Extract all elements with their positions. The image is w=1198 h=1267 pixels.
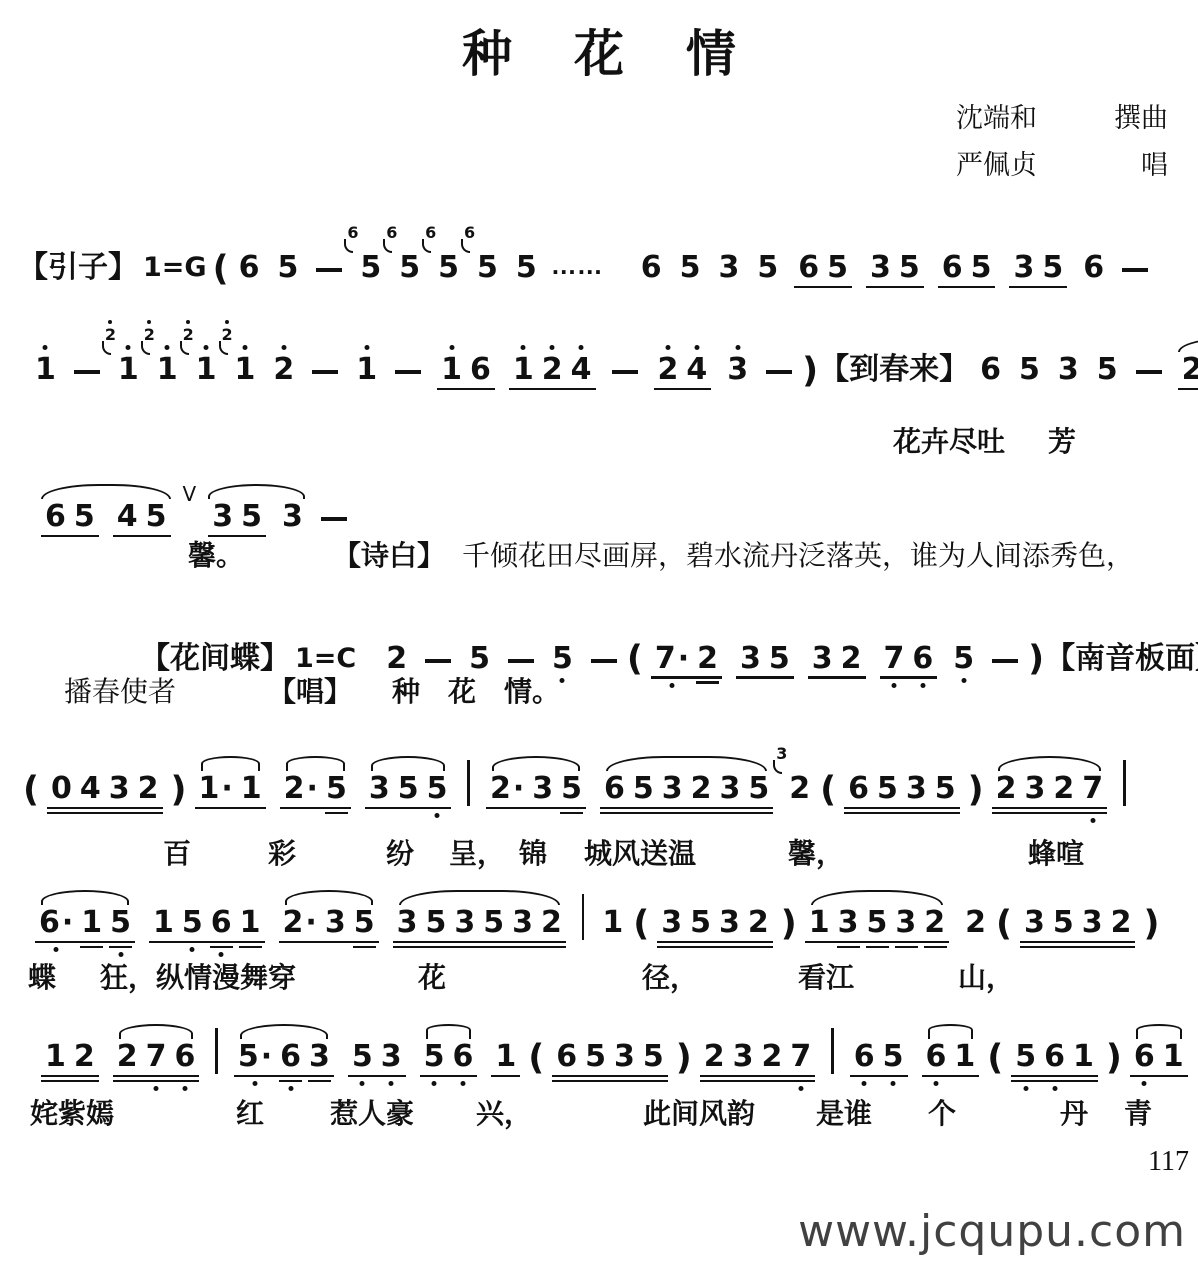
music-line-3: 6545V353 <box>34 482 356 534</box>
note: 6 <box>844 771 873 806</box>
beam-line <box>992 807 1108 810</box>
beam-line <box>35 941 135 944</box>
lyric-segment: 此间风韵 <box>643 1092 755 1132</box>
grace-hook <box>102 341 111 355</box>
beam-group-slurred: 1·1 <box>194 771 267 806</box>
note: 5 <box>1049 905 1078 940</box>
grace-octave-dot <box>108 320 112 324</box>
note: 6 <box>922 1039 951 1074</box>
note: 4 <box>76 771 105 806</box>
beam-group: 0432 <box>46 771 164 806</box>
augmentation-dot: · <box>678 641 689 676</box>
octave-dot-below <box>891 683 896 688</box>
beam-group-slurred: 13532 <box>804 905 950 940</box>
octave-dot-above <box>364 345 369 350</box>
note: 12 <box>231 352 260 387</box>
grace-octave-dot <box>147 320 151 324</box>
note: 1 <box>352 352 381 387</box>
beam-group-slurred: 2·35 <box>278 905 380 940</box>
note: 56 <box>356 250 385 285</box>
lyric-segment: 芳 <box>1048 420 1076 460</box>
duration-dash <box>312 370 338 374</box>
note: 5 <box>639 1039 668 1074</box>
barline <box>215 1028 218 1074</box>
beam-group: 65 <box>793 250 853 285</box>
note: 2 <box>134 771 163 806</box>
sub-beam-line <box>210 946 233 949</box>
lyric-segment: 彩 <box>268 832 296 872</box>
beam-line <box>866 286 924 289</box>
note: 5 <box>753 250 782 285</box>
note: 23 <box>785 771 814 806</box>
grace-note: 6 <box>425 225 436 241</box>
note: 7 <box>880 641 909 676</box>
beam-group-slurred: 2327 <box>991 771 1109 806</box>
note: 5 <box>557 771 586 806</box>
beam-group-slurred: 61 <box>921 1039 981 1074</box>
paren: ( <box>23 775 39 807</box>
note: 12 <box>192 352 221 387</box>
augmentation-dot: · <box>307 771 318 806</box>
note: 6 <box>276 1039 305 1074</box>
beam-line <box>486 807 586 810</box>
octave-dot-below <box>891 1081 896 1086</box>
lyric-segment: 花卉尽吐 <box>893 420 1005 460</box>
beam-group: 65 <box>937 250 997 285</box>
note: 5 <box>106 905 135 940</box>
beam-line <box>700 1080 816 1083</box>
octave-dot-below <box>182 1086 187 1091</box>
music-line-5: (0432)1·12·53552·3565323523(6535)2327 <box>22 760 1135 806</box>
beam-line <box>509 388 596 391</box>
beam-line <box>437 388 495 391</box>
beam-line <box>1020 941 1136 944</box>
beam-line <box>113 1080 200 1083</box>
paren: ) <box>781 909 797 941</box>
note: 2· <box>279 905 321 940</box>
beam-line <box>1011 1080 1098 1083</box>
credits-block: 沈端和 撰曲 严佩贞 唱 <box>956 96 1168 190</box>
octave-dot-above <box>204 345 209 350</box>
note: 1 <box>149 905 178 940</box>
note: 2 <box>700 1039 729 1074</box>
note: 6 <box>171 1039 200 1074</box>
lyric-segment: 山， <box>958 956 1014 996</box>
beam-group: 76 <box>879 641 939 676</box>
note: 3 <box>658 771 687 806</box>
note: 2 <box>537 905 566 940</box>
beam-group: 45 <box>112 499 172 534</box>
duration-dash <box>1136 370 1162 374</box>
sub-beam-line <box>109 946 132 949</box>
augmentation-dot: · <box>261 1039 272 1074</box>
note: 3 <box>508 905 537 940</box>
octave-dot-below <box>360 1081 365 1086</box>
note: 56 <box>473 250 502 285</box>
singer-role: 唱 <box>1141 143 1168 182</box>
note: 4 <box>113 499 142 534</box>
beam-line <box>420 1075 478 1078</box>
note: 5 <box>70 499 99 534</box>
paren: ( <box>627 644 643 676</box>
octave-dot-below <box>920 683 925 688</box>
sheet-music-page: 种 花 情 沈端和 撰曲 严佩贞 唱 117 www.jcqupu.com 【引… <box>0 0 1198 1267</box>
paren: ( <box>528 1043 544 1075</box>
octave-dot-above <box>449 345 454 350</box>
note: 7 <box>786 1039 815 1074</box>
note: 5 <box>629 771 658 806</box>
octave-dot-above <box>694 345 699 350</box>
lyric-segment: 【诗白】 <box>333 534 445 574</box>
barline <box>1123 760 1126 806</box>
note: 6 <box>938 250 967 285</box>
beam-group-slurred: 2·5 <box>279 771 352 806</box>
lyric-segment: 【唱】 <box>268 670 352 710</box>
beam-line <box>41 1075 99 1078</box>
beam-group-slurred: 276 <box>112 1039 201 1074</box>
octave-dot-below <box>389 1081 394 1086</box>
beam-group: 6535 <box>843 771 961 806</box>
section-label: 【到春来】 <box>819 353 969 386</box>
beam-line <box>149 941 265 944</box>
note: 5 <box>873 771 902 806</box>
sub-beam-line <box>239 946 262 949</box>
octave-dot-below <box>460 1081 465 1086</box>
music-line-1: 【引子】1=G(65565656565……6535653565356 <box>18 250 1157 285</box>
note: 3 <box>105 771 134 806</box>
lyric-segment: 百 <box>163 832 191 872</box>
duration-dash <box>425 659 451 663</box>
paren: ) <box>802 356 818 388</box>
note: 1· <box>195 771 237 806</box>
note: 1 <box>598 905 627 940</box>
song-title: 种 花 情 <box>0 14 1198 86</box>
lyric-segment: 种 花 情。 <box>392 670 560 710</box>
sub-beam-line <box>325 812 348 815</box>
paren: ( <box>213 254 229 286</box>
grace-hook <box>773 760 782 774</box>
note: 6 <box>1079 250 1108 285</box>
beam-group: 35 <box>207 499 267 534</box>
paren: ( <box>996 909 1012 941</box>
octave-dot-below <box>435 813 440 818</box>
note: 0 <box>47 771 76 806</box>
grace-note: 6 <box>464 225 475 241</box>
note: 6 <box>466 352 495 387</box>
note: 5 <box>1015 352 1044 387</box>
beam-line <box>808 676 866 679</box>
grace-note: 6 <box>347 225 358 241</box>
beam-line <box>651 676 722 679</box>
octave-dot-below <box>288 1086 293 1091</box>
lyric-segment: 蜂喧 <box>1028 832 1084 872</box>
lyric-segment: 纷 <box>386 832 414 872</box>
octave-dot-below <box>862 1081 867 1086</box>
note: 7 <box>1078 771 1107 806</box>
octave-dot-below <box>1142 1081 1147 1086</box>
note: 5 <box>178 905 207 940</box>
beam-line <box>279 941 379 944</box>
note: 3 <box>1020 905 1049 940</box>
lyric-segment: 锦 <box>519 832 547 872</box>
note: 6 <box>41 499 70 534</box>
beam-group: 35 <box>735 641 795 676</box>
beam-line <box>113 535 171 538</box>
sub-beam-line <box>696 681 719 684</box>
page-number: 117 <box>1148 1146 1189 1178</box>
lyric-segment: 花 <box>418 956 446 996</box>
slur-group: 353 <box>201 499 312 534</box>
lyric-segment: 城风送温 <box>584 832 696 872</box>
note: 3 <box>902 771 931 806</box>
beam-group: 561 <box>1010 1039 1099 1074</box>
note: 1 <box>236 905 265 940</box>
section-label: 【引子】 <box>18 251 138 284</box>
note: 6 <box>794 250 823 285</box>
note: 2 <box>693 641 722 676</box>
note: 1 <box>805 905 834 940</box>
octave-dot-below <box>54 947 59 952</box>
note: 3 <box>305 1039 334 1074</box>
beam-line <box>1009 286 1067 289</box>
composer-role: 撰曲 <box>1114 96 1168 135</box>
paren: ) <box>676 1043 692 1075</box>
note: 6 <box>552 1039 581 1074</box>
note: 2 <box>654 352 683 387</box>
note: 3 <box>736 641 765 676</box>
beam-group: 35 <box>865 250 925 285</box>
sub-beam-line <box>837 946 860 949</box>
note: 3 <box>1020 771 1049 806</box>
note: 12 <box>114 352 143 387</box>
note: 5 <box>273 250 302 285</box>
beam-line <box>1020 946 1136 949</box>
sub-beam-line <box>560 812 583 815</box>
note: 3 <box>834 905 863 940</box>
beam-line <box>657 941 773 944</box>
beam-line <box>880 676 938 679</box>
beam-group: 7·2 <box>650 641 723 676</box>
beam-line <box>844 812 960 815</box>
note: 1 <box>437 352 466 387</box>
beam-line <box>393 941 566 944</box>
note: 2 <box>837 641 866 676</box>
beam-line <box>47 812 163 815</box>
beam-group: 1561 <box>148 905 266 940</box>
beam-group: 65 <box>40 499 100 534</box>
lyric-segment: 个 <box>928 1092 956 1132</box>
augmentation-dot: · <box>513 771 524 806</box>
note: 6 <box>235 250 264 285</box>
note: 3 <box>321 905 350 940</box>
lyric-segment: 看江 <box>798 956 854 996</box>
paren: ) <box>1106 1043 1122 1075</box>
note: 5 <box>862 905 891 940</box>
note: 1 <box>509 352 538 387</box>
lyric-segment: 青 <box>1124 1092 1152 1132</box>
note: 2· <box>280 771 322 806</box>
note: 56 <box>434 250 463 285</box>
note: 3 <box>723 352 752 387</box>
beam-line <box>1011 1075 1098 1078</box>
octave-dot-above <box>126 345 131 350</box>
beam-line <box>654 388 712 391</box>
beam-group: 24 <box>653 352 713 387</box>
octave-dot-below <box>933 1081 938 1086</box>
beam-line <box>794 286 852 289</box>
beam-line <box>365 807 452 810</box>
singer-credit: 严佩贞 唱 <box>956 143 1168 182</box>
note: 6 <box>908 641 937 676</box>
lyric-segment: 惹人豪 <box>330 1092 414 1132</box>
grace-hook <box>344 239 353 253</box>
duration-dash <box>74 370 100 374</box>
note: 3 <box>365 771 394 806</box>
beam-line <box>41 1080 99 1083</box>
lyric-segment: 姹紫嫣 <box>30 1092 114 1132</box>
music-line-6: 6·1515612·353535321(3532)135322(3532) <box>28 894 1160 940</box>
note: 3 <box>1054 352 1083 387</box>
octave-dot-above <box>521 345 526 350</box>
beam-line <box>41 535 99 538</box>
paren: ( <box>820 775 836 807</box>
beam-line <box>805 941 949 944</box>
note: 5 <box>420 1039 449 1074</box>
composer-name: 沈端和 <box>956 96 1037 135</box>
beam-group: 2327 <box>699 1039 817 1074</box>
note: 2· <box>486 771 528 806</box>
lyric-segment: 馨， <box>788 832 844 872</box>
slur-group: 6545 <box>34 499 178 534</box>
note: 3 <box>891 905 920 940</box>
music-line-7: 122765·6353561(6535)23276561(561)6165 <box>34 1028 1198 1074</box>
beam-line <box>657 946 773 949</box>
beam-group: 3532 <box>656 905 774 940</box>
note: 3 <box>377 1039 406 1074</box>
beam-group: 124 <box>508 352 597 387</box>
duration-dash <box>1122 268 1148 272</box>
note: 5 <box>765 641 794 676</box>
beam-line <box>552 1075 668 1078</box>
beam-group-slurred: 653235 <box>599 771 774 806</box>
note: 1 <box>491 1039 520 1074</box>
beam-line <box>938 286 996 289</box>
note: 7 <box>142 1039 171 1074</box>
barline <box>831 1028 834 1074</box>
note: 2 <box>744 905 773 940</box>
duration-dash <box>508 659 534 663</box>
duration-dash <box>321 517 347 521</box>
note: 6 <box>449 1039 478 1074</box>
octave-dot-above <box>242 345 247 350</box>
beam-group: 35 <box>1008 250 1068 285</box>
note: 5 <box>949 641 978 676</box>
beam-group-slurred: 61 <box>1129 1039 1189 1074</box>
beam-group-slurred: 355 <box>364 771 453 806</box>
beam-group: 6535 <box>551 1039 669 1074</box>
note: 5 <box>931 771 960 806</box>
lyric-segment: 馨。 <box>188 534 244 574</box>
beam-line <box>195 807 266 810</box>
note: 3 <box>715 771 744 806</box>
lyric-segment: 径， <box>642 956 698 996</box>
note: 6 <box>600 771 629 806</box>
lyric-segment: 是谁 <box>816 1092 872 1132</box>
paren: ( <box>987 1043 1003 1075</box>
beam-line <box>1178 388 1198 391</box>
octave-dot-below <box>798 1086 803 1091</box>
beam-group-slurred: 6·15 <box>34 905 136 940</box>
lyric-segment: 呈， <box>449 832 505 872</box>
note: 6 <box>850 1039 879 1074</box>
augmentation-dot: · <box>62 905 73 940</box>
note: 5 <box>967 250 996 285</box>
score-text: …… <box>551 250 603 281</box>
breath-mark: V <box>183 482 197 506</box>
composer-credit: 沈端和 撰曲 <box>956 96 1168 135</box>
lyric-segment: 千倾花田尽画屏，碧水流丹泛落英，谁为人间添秀色， <box>462 534 1134 574</box>
note: 3 <box>610 1039 639 1074</box>
note: 1 <box>1069 1039 1098 1074</box>
key-signature: 1=G <box>143 252 207 283</box>
lyric-segment: 播春使者 <box>64 670 176 710</box>
beam-group: 3532 <box>1019 905 1137 940</box>
octave-dot-above <box>735 345 740 350</box>
beam-group: 53 <box>347 1039 407 1074</box>
music-line-2: 1121212122116124243)【到春来】65352312 <box>26 352 1198 387</box>
note: 3 <box>1009 250 1038 285</box>
octave-dot-above <box>665 345 670 350</box>
beam-line <box>850 1075 908 1078</box>
note: 1 <box>77 905 106 940</box>
note: 3 <box>278 499 307 534</box>
note: 5 <box>322 771 351 806</box>
note: 2 <box>920 905 949 940</box>
note: 3 <box>866 250 895 285</box>
barline <box>467 760 470 806</box>
note: 5 <box>423 771 452 806</box>
note: 5 <box>744 771 773 806</box>
octave-dot-below <box>154 1086 159 1091</box>
duration-dash <box>591 659 617 663</box>
sub-beam-line <box>308 1080 331 1083</box>
grace-note: 2 <box>144 327 155 343</box>
duration-dash <box>316 268 342 272</box>
singer-name: 严佩贞 <box>956 143 1037 182</box>
note: 5 <box>237 499 266 534</box>
note: 3 <box>729 1039 758 1074</box>
note: 4 <box>567 352 596 387</box>
note: 2 <box>758 1039 787 1074</box>
beam-group-slurred: 56 <box>419 1039 479 1074</box>
beam-line <box>393 946 566 949</box>
paren: ) <box>1143 909 1159 941</box>
note: 5 <box>348 1039 377 1074</box>
note: 1 <box>950 1039 979 1074</box>
beam-line <box>552 1080 668 1083</box>
octave-dot-above <box>550 345 555 350</box>
beam-group: 16 <box>436 352 496 387</box>
lyric-segment: 狂，纵情漫舞穿 <box>100 956 296 996</box>
note: 56 <box>395 250 424 285</box>
beam-group-slurred: 2·35 <box>485 771 587 806</box>
note: 3 <box>208 499 237 534</box>
paren: ( <box>633 909 649 941</box>
octave-dot-below <box>1023 1086 1028 1091</box>
grace-note: 2 <box>222 327 233 343</box>
note: 5 <box>823 250 852 285</box>
beam-line <box>1130 1075 1188 1078</box>
